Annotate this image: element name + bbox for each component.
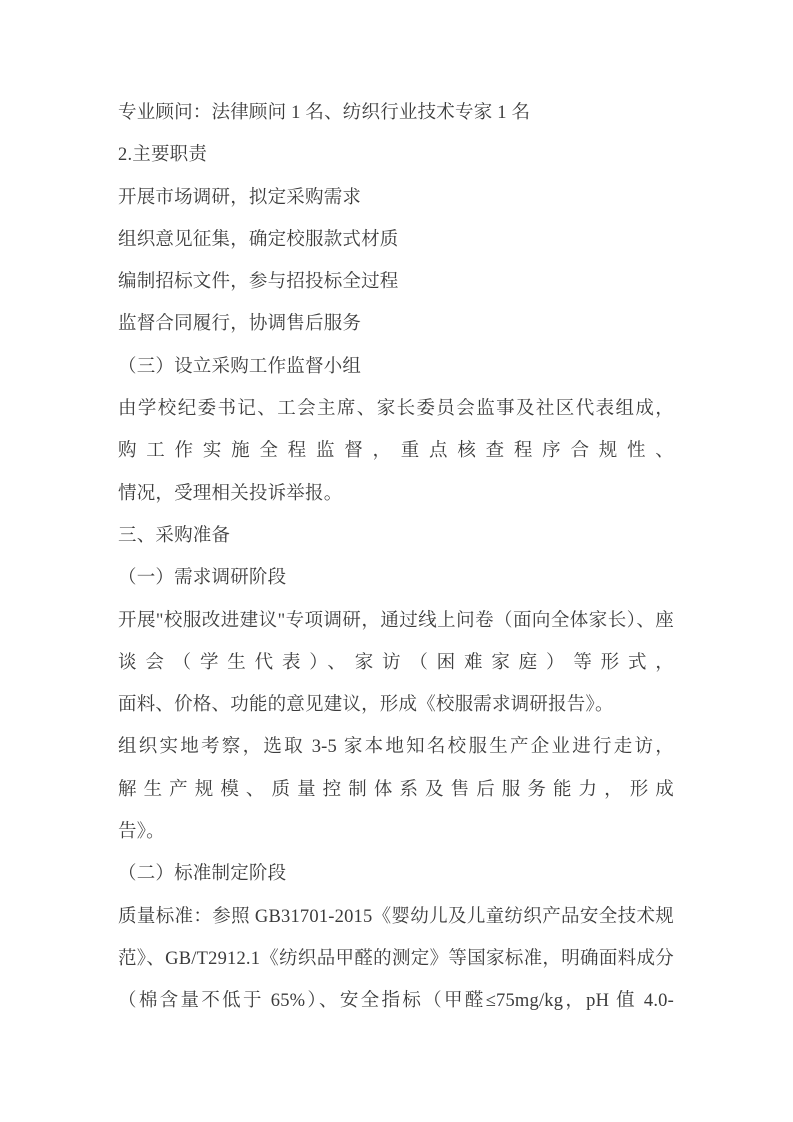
text-line: （棉含量不低于 65%）、安全指标（甲醛≤75mg/kg，pH 值 4.0-8.…	[118, 980, 674, 1022]
text-line: 开展"校服改进建议"专项调研，通过线上问卷（面向全体家长）、座	[118, 600, 674, 642]
text-line: 监督合同履行，协调售后服务	[118, 303, 674, 345]
text-line: 面料、价格、功能的意见建议，形成《校服需求调研报告》。	[118, 684, 674, 726]
heading-line: （二）标准制定阶段	[118, 853, 674, 895]
text-line: 告》。	[118, 811, 674, 853]
text-line: 范》、GB/T2912.1《纺织品甲醛的测定》等国家标准，明确面料成分	[118, 938, 674, 980]
text-line: 专业顾问：法律顾问 1 名、纺织行业技术专家 1 名	[118, 92, 674, 134]
heading-line: （三）设立采购工作监督小组	[118, 346, 674, 388]
heading-line: 三、采购准备	[118, 515, 674, 557]
text-line: 质量标准：参照 GB31701-2015《婴幼儿及儿童纺织产品安全技术规	[118, 896, 674, 938]
document-page: 专业顾问：法律顾问 1 名、纺织行业技术专家 1 名 2.主要职责 开展市场调研…	[0, 0, 793, 1122]
text-line: 开展市场调研，拟定采购需求	[118, 177, 674, 219]
text-line: 由学校纪委书记、工会主席、家长委员会监事及社区代表组成，对采	[118, 388, 674, 430]
text-line: 编制招标文件，参与招投标全过程	[118, 261, 674, 303]
text-line: 组织意见征集，确定校服款式材质	[118, 219, 674, 261]
heading-line: 2.主要职责	[118, 134, 674, 176]
text-line: 购工作实施全程监督，重点核查程序合规性、信息公开度及资金使用	[118, 430, 674, 472]
text-line: 谈会（学生代表）、家访（困难家庭）等形式，广泛收集对校服款式、	[118, 642, 674, 684]
text-line: 情况，受理相关投诉举报。	[118, 473, 674, 515]
heading-line: （一）需求调研阶段	[118, 557, 674, 599]
text-line: 组织实地考察，选取 3-5 家本地知名校服生产企业进行走访，重点了	[118, 726, 674, 768]
text-line: 解生产规模、质量控制体系及售后服务能力，形成《企业考察评估报	[118, 769, 674, 811]
